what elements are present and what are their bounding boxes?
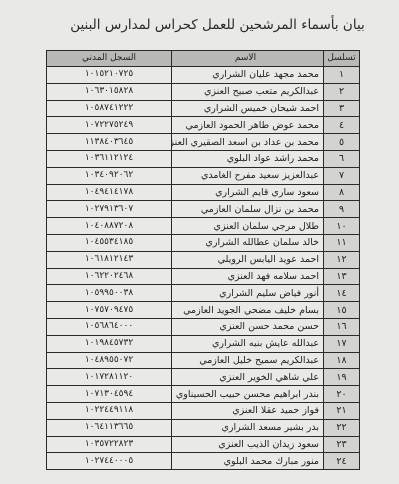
name-cell: أنور فياض سليم الشراري [172, 285, 324, 302]
civil-id-cell: ١٠٣٥٧٢٢٨٢٣ [47, 436, 172, 453]
name-cell: احمد سلامه فهد العنزي [172, 268, 324, 285]
civil-id-cell: ١٠٧٢٢٧٥٢٤٩ [47, 117, 172, 134]
civil-id-cell: ١٠٤٩٤١٤١٧٨ [47, 184, 172, 201]
serial-cell: ٢١ [324, 402, 360, 419]
serial-cell: ٢٣ [324, 436, 360, 453]
civil-id-cell: ١٠٦٤١١٣٦٦٥ [47, 419, 172, 436]
civil-id-cell: ١١٣٨٤٠٣٦٤٥ [47, 134, 172, 151]
serial-cell: ١ [324, 67, 360, 84]
civil-id-cell: ١٠٤٨٩٥٥٠٧٢ [47, 352, 172, 369]
serial-cell: ١٤ [324, 285, 360, 302]
column-header-civil-id: السجل المدني [47, 51, 172, 67]
civil-id-cell: ١٠٢٢٤٤٩١١٨ [47, 402, 172, 419]
serial-cell: ٢٢ [324, 419, 360, 436]
name-cell: سعود زيدان الذيب العنزي [172, 436, 324, 453]
civil-id-cell: ١٠٥٨٧٤١٢٢٢ [47, 100, 172, 117]
table-row: ٥محمد بن عداد بن اسعد الصقيري العنزي١١٣٨… [47, 134, 360, 151]
name-cell: محمد راشد عواد البلوي [172, 150, 324, 167]
table-row: ١محمد مجهد عليان الشراري١٠١٥٢١٠٧٢٥ [47, 67, 360, 84]
table-header-row: تسلسل الاسم السجل المدني [47, 51, 360, 67]
name-cell: عبدالله عايش بنيه الشراري [172, 335, 324, 352]
table-row: ١١خالد سلمان عطالله الشراري١٠٤٥٥٣٤١٨٥ [47, 234, 360, 251]
serial-cell: ٢٤ [324, 453, 360, 470]
civil-id-cell: ١٠٢٧٤٤٠٠٠٥ [47, 453, 172, 470]
serial-cell: ١٦ [324, 318, 360, 335]
column-header-serial: تسلسل [324, 51, 360, 67]
serial-cell: ٦ [324, 150, 360, 167]
name-cell: محمد بن نزال سلمان العازمي [172, 201, 324, 218]
name-cell: محمد مجهد عليان الشراري [172, 67, 324, 84]
name-cell: احمد عويد اليابس الرويلي [172, 251, 324, 268]
table-row: ١٣احمد سلامه فهد العنزي١٠٦٢٢٠٢٤٦٨ [47, 268, 360, 285]
table-row: ٤محمد عوض طاهر الحمود العازمي١٠٧٢٢٧٥٢٤٩ [47, 117, 360, 134]
table-row: ١٨عبدالكريم سميح خليل العازمي١٠٤٨٩٥٥٠٧٢ [47, 352, 360, 369]
civil-id-cell: ١٠٦١٨١٢١٤٣ [47, 251, 172, 268]
serial-cell: ٩ [324, 201, 360, 218]
serial-cell: ٥ [324, 134, 360, 151]
civil-id-cell: ١٠١٩٨٤٥٧٣٢ [47, 335, 172, 352]
table-row: ٢٠بندر ابراهيم محسن حبيب الحسيناوي١٠٧١٣٠… [47, 386, 360, 403]
serial-cell: ١٨ [324, 352, 360, 369]
table-row: ٨سعود ساري قايم الشراري١٠٤٩٤١٤١٧٨ [47, 184, 360, 201]
civil-id-cell: ١٠٧١٣٠٤٥٩٤ [47, 386, 172, 403]
name-cell: محمد بن عداد بن اسعد الصقيري العنزي [172, 134, 324, 151]
table-row: ١٢احمد عويد اليابس الرويلي١٠٦١٨١٢١٤٣ [47, 251, 360, 268]
serial-cell: ١٠ [324, 218, 360, 235]
table-row: ١٥بسام خليف مضحي الجويد العازمي١٠٧٥٧٠٩٤٧… [47, 302, 360, 319]
table-row: ٢٤منور مبارك محمد البلوي١٠٢٧٤٤٠٠٠٥ [47, 453, 360, 470]
civil-id-cell: ١٠٤٠٨٨٧٢٠٨ [47, 218, 172, 235]
name-cell: بدر بشير مسعد الشراري [172, 419, 324, 436]
table-row: ٩محمد بن نزال سلمان العازمي١٠٢٧٩١٣٦٠٧ [47, 201, 360, 218]
serial-cell: ١٩ [324, 369, 360, 386]
name-cell: منور مبارك محمد البلوي [172, 453, 324, 470]
civil-id-cell: ١٠١٧٢٨١١٢٠ [47, 369, 172, 386]
civil-id-cell: ١٠٧٥٧٠٩٤٧٥ [47, 302, 172, 319]
table-row: ١٧عبدالله عايش بنيه الشراري١٠١٩٨٤٥٧٣٢ [47, 335, 360, 352]
name-cell: عبدالكريم سميح خليل العازمي [172, 352, 324, 369]
table-row: ١٤أنور فياض سليم الشراري١٠٥٩٩٥٠٠٣٨ [47, 285, 360, 302]
name-cell: احمد شيحان خميس الشراري [172, 100, 324, 117]
table-row: ٢٣سعود زيدان الذيب العنزي١٠٣٥٧٢٢٨٢٣ [47, 436, 360, 453]
civil-id-cell: ١٠٣٤٠٩٢٠٦٢ [47, 167, 172, 184]
serial-cell: ١٢ [324, 251, 360, 268]
name-cell: عبدالكريم متعب صبيح العنزي [172, 83, 324, 100]
document-title: بيان بأسماء المرشحين للعمل كحراس لمدارس … [0, 17, 399, 33]
table-body: ١محمد مجهد عليان الشراري١٠١٥٢١٠٧٢٥٢عبدال… [47, 67, 360, 470]
table-row: ٣احمد شيحان خميس الشراري١٠٥٨٧٤١٢٢٢ [47, 100, 360, 117]
name-cell: حسن محمد حسن العنزي [172, 318, 324, 335]
name-cell: سعود ساري قايم الشراري [172, 184, 324, 201]
name-cell: بندر ابراهيم محسن حبيب الحسيناوي [172, 386, 324, 403]
serial-cell: ١٧ [324, 335, 360, 352]
serial-cell: ٣ [324, 100, 360, 117]
civil-id-cell: ١٠٢٧٩١٣٦٠٧ [47, 201, 172, 218]
serial-cell: ١١ [324, 234, 360, 251]
table-row: ٢عبدالكريم متعب صبيح العنزي١٠٦٣٠١٥٨٢٨ [47, 83, 360, 100]
serial-cell: ٢٠ [324, 386, 360, 403]
name-cell: طلال مرجي سلمان العنزي [172, 218, 324, 235]
name-cell: فواز حميد عقلا العنزي [172, 402, 324, 419]
table-row: ١٠طلال مرجي سلمان العنزي١٠٤٠٨٨٧٢٠٨ [47, 218, 360, 235]
table-row: ٢٢بدر بشير مسعد الشراري١٠٦٤١١٣٦٦٥ [47, 419, 360, 436]
serial-cell: ٢ [324, 83, 360, 100]
serial-cell: ٧ [324, 167, 360, 184]
civil-id-cell: ١٠١٥٢١٠٧٢٥ [47, 67, 172, 84]
table-row: ٢١فواز حميد عقلا العنزي١٠٢٢٤٤٩١١٨ [47, 402, 360, 419]
civil-id-cell: ١٠٣٦١١٢١٢٤ [47, 150, 172, 167]
civil-id-cell: ١٠٦٢٢٠٢٤٦٨ [47, 268, 172, 285]
name-cell: بسام خليف مضحي الجويد العازمي [172, 302, 324, 319]
candidates-table: تسلسل الاسم السجل المدني ١محمد مجهد عليا… [46, 50, 360, 470]
civil-id-cell: ١٠٦٣٠١٥٨٢٨ [47, 83, 172, 100]
serial-cell: ١٣ [324, 268, 360, 285]
serial-cell: ٨ [324, 184, 360, 201]
civil-id-cell: ١٠٥٩٩٥٠٠٣٨ [47, 285, 172, 302]
table-row: ١٦حسن محمد حسن العنزي١٠٥٦٨٦٤٠٠٠ [47, 318, 360, 335]
table-row: ٦محمد راشد عواد البلوي١٠٣٦١١٢١٢٤ [47, 150, 360, 167]
civil-id-cell: ١٠٤٥٥٣٤١٨٥ [47, 234, 172, 251]
serial-cell: ٤ [324, 117, 360, 134]
column-header-name: الاسم [172, 51, 324, 67]
civil-id-cell: ١٠٥٦٨٦٤٠٠٠ [47, 318, 172, 335]
name-cell: علي شاهي الخوير العنزي [172, 369, 324, 386]
table-row: ١٩علي شاهي الخوير العنزي١٠١٧٢٨١١٢٠ [47, 369, 360, 386]
name-cell: محمد عوض طاهر الحمود العازمي [172, 117, 324, 134]
table-row: ٧عبدالعزيز سعيد مفرح الغامدي١٠٣٤٠٩٢٠٦٢ [47, 167, 360, 184]
serial-cell: ١٥ [324, 302, 360, 319]
name-cell: عبدالعزيز سعيد مفرح الغامدي [172, 167, 324, 184]
name-cell: خالد سلمان عطالله الشراري [172, 234, 324, 251]
